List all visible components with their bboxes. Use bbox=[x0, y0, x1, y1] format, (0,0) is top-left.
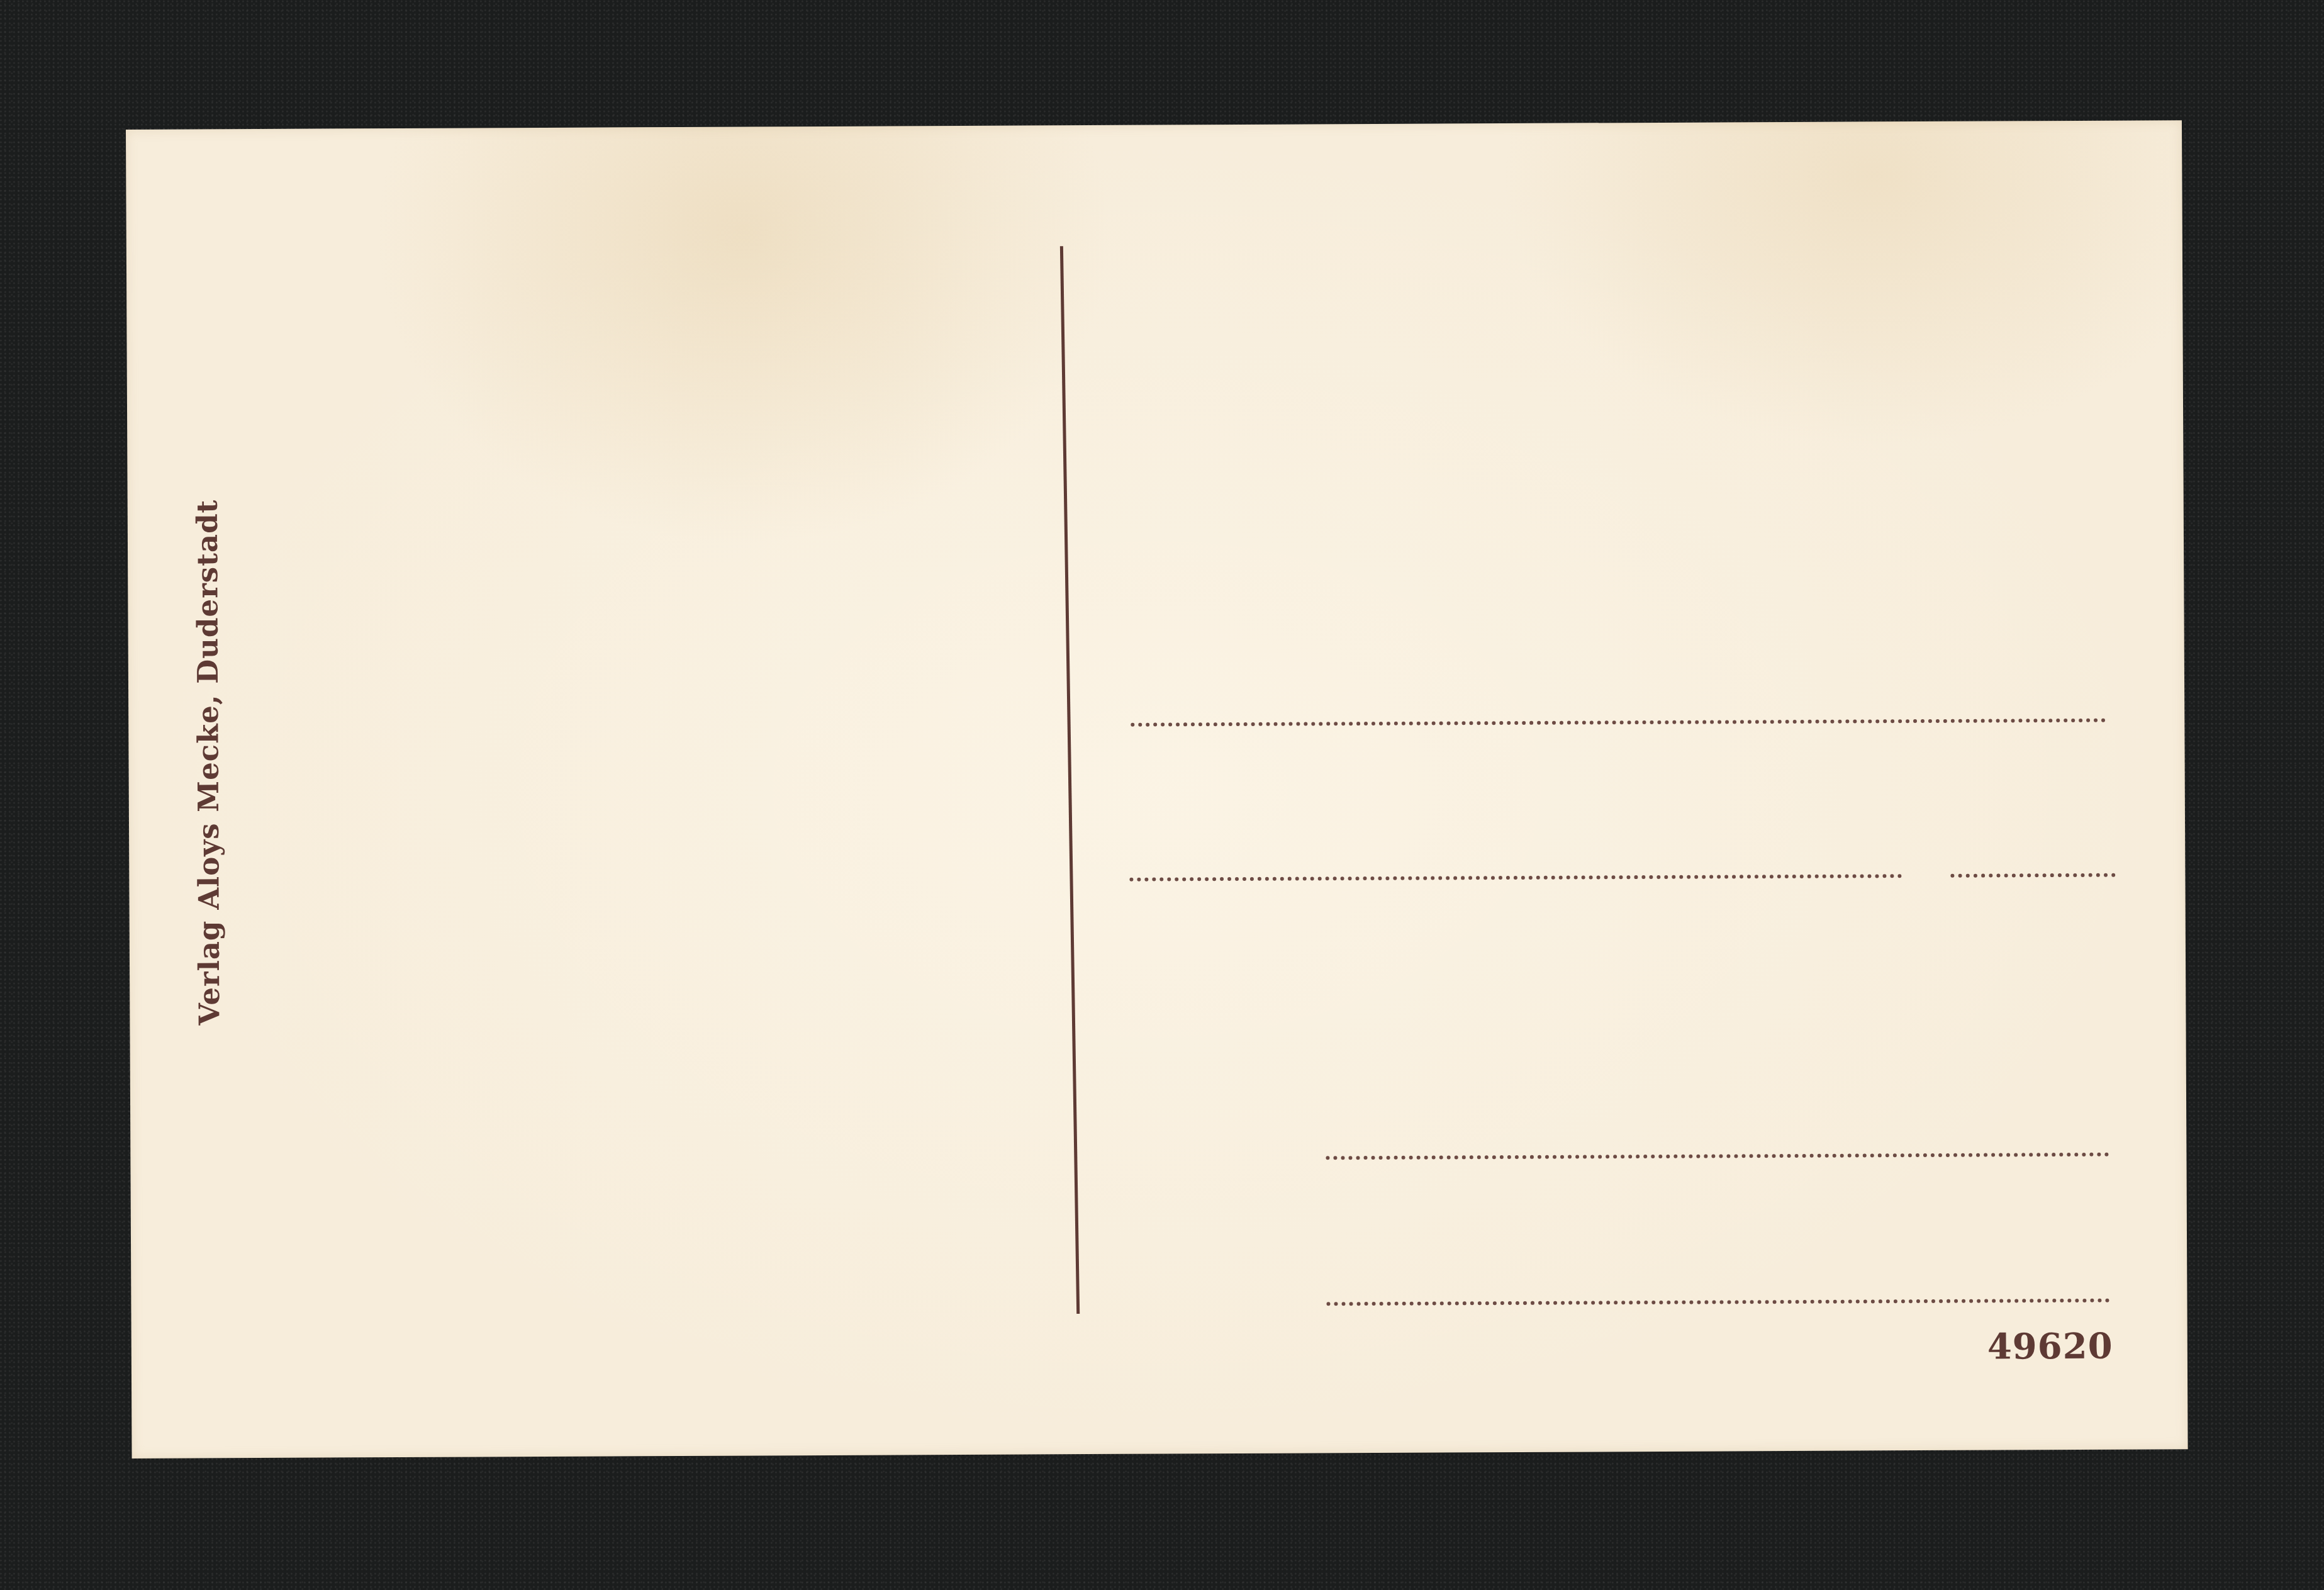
publisher-imprint: Verlag Aloys Mecke, Duderstadt bbox=[191, 500, 226, 1026]
serial-number: 49620 bbox=[1987, 1326, 2113, 1368]
address-line-2-end bbox=[1950, 873, 2115, 878]
address-line-1 bbox=[1131, 719, 2106, 727]
address-line-3 bbox=[1326, 1153, 2109, 1160]
address-line-2 bbox=[1129, 874, 1902, 882]
message-address-divider bbox=[1060, 246, 1080, 1314]
postcard-back: Verlag Aloys Mecke, Duderstadt 49620 bbox=[126, 120, 2188, 1458]
address-line-4 bbox=[1326, 1299, 2109, 1306]
